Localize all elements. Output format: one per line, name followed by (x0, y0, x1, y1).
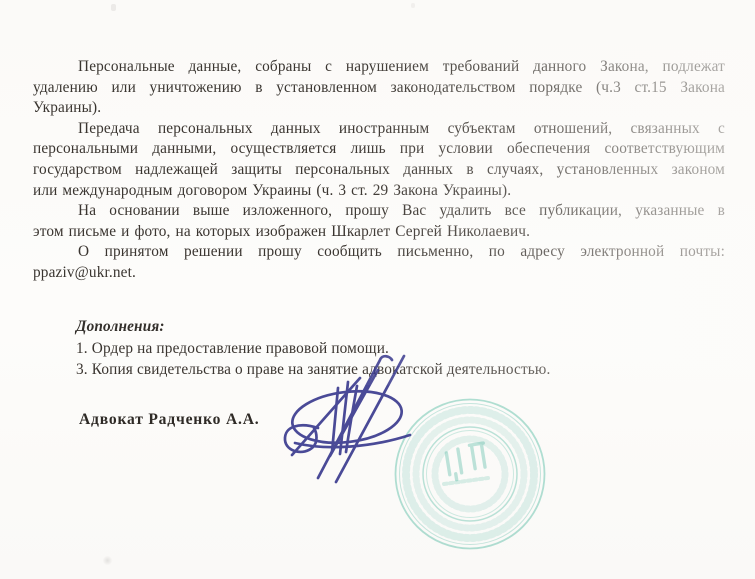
paragraph: На основании выше изложенного, прошу Вас… (33, 201, 725, 242)
handwritten-signature-icon (278, 348, 428, 488)
text-line: удалению или уничтожению в установленном… (33, 78, 725, 99)
text-line: или международным договором Украины (ч. … (33, 181, 725, 202)
text-line: этом письме и фото, на которых изображен… (33, 222, 725, 243)
text-line: государством надлежащей защиты персональ… (33, 160, 725, 181)
scan-artifact (102, 556, 113, 565)
text-line: Украины). (33, 98, 725, 119)
paragraph: О принятом решении прошу сообщить письме… (33, 242, 725, 283)
text-line: О принятом решении прошу сообщить письме… (33, 242, 725, 263)
paragraph: Передача персональных данных иностранным… (33, 119, 725, 201)
signer-name: Адвокат Радченко А.А. (79, 411, 259, 429)
attachments-heading: Дополнения: (76, 316, 696, 338)
letter-body: Персональные данные, собраны с нарушение… (33, 57, 725, 284)
paragraph: Персональные данные, собраны с нарушение… (33, 57, 725, 119)
text-line: персональными данными, осуществляется ли… (33, 139, 725, 160)
scan-artifact (411, 3, 415, 8)
email-text: ppaziv@ukr.net. (33, 263, 725, 284)
text-line: Передача персональных данных иностранным… (33, 119, 725, 140)
text-line: На основании выше изложенного, прошу Вас… (33, 201, 725, 222)
text-line: Персональные данные, собраны с нарушение… (33, 57, 725, 78)
scan-artifact (111, 4, 116, 11)
scanned-letter-page: Персональные данные, собраны с нарушение… (0, 0, 755, 579)
